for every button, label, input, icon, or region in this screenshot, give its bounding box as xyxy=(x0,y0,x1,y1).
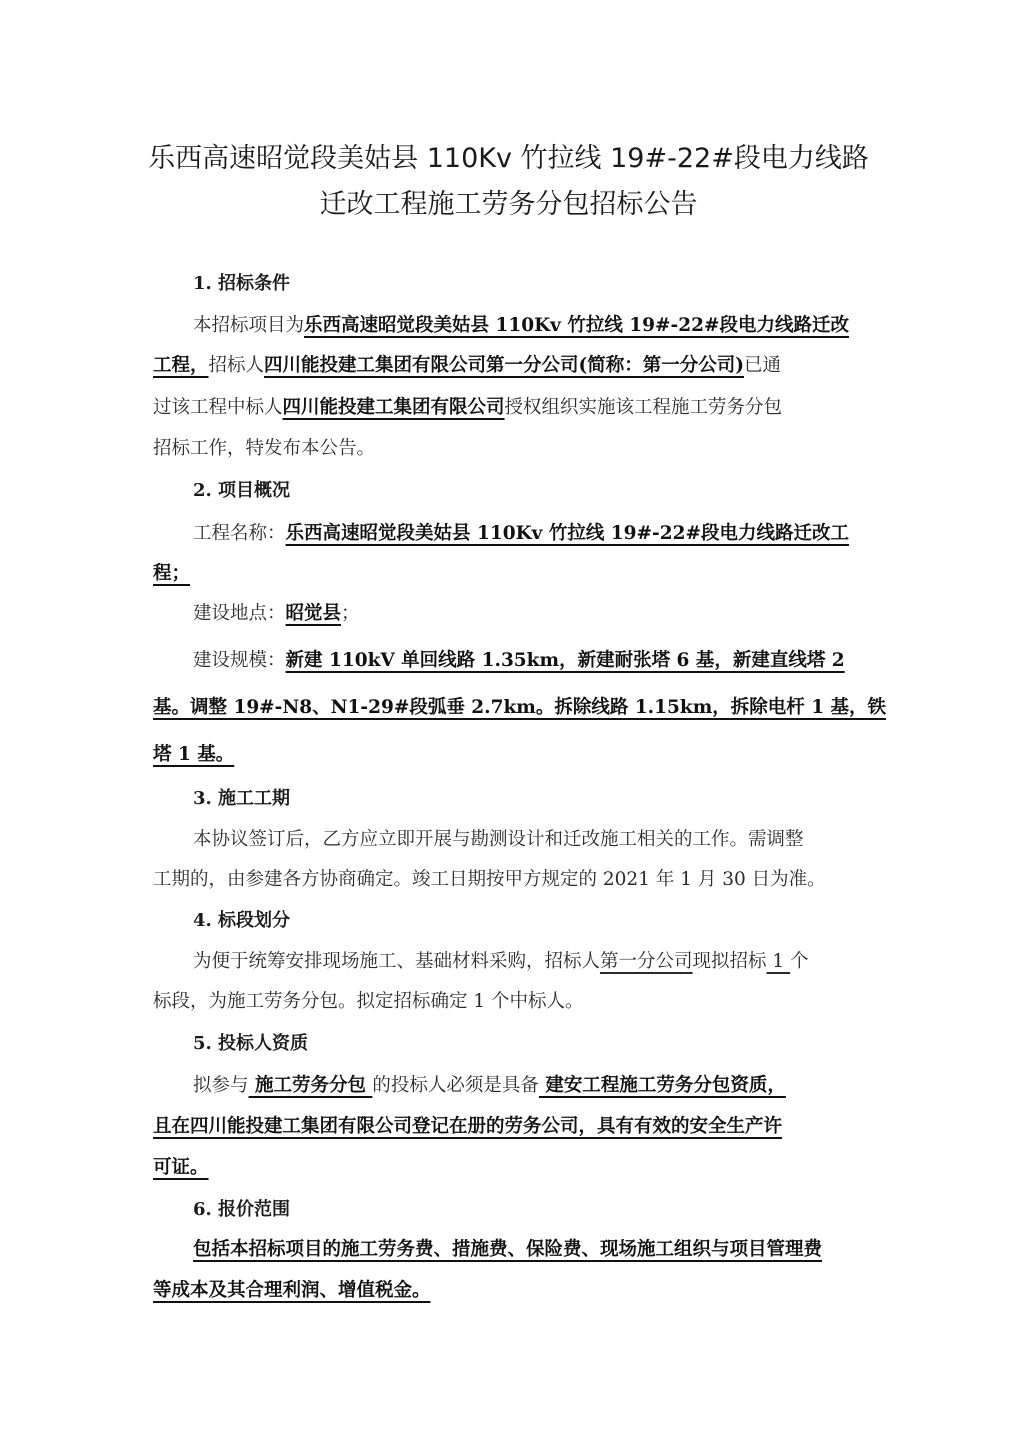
paragraph-line: 工程名称：乐西高速昭觉段美姑县 110Kv 竹拉线 19#-22#段电力线路迁改… xyxy=(193,519,849,545)
scale: 塔 1 基。 xyxy=(153,744,234,765)
winning-bidder: 四川能投建工集团有限公司 xyxy=(283,397,505,418)
paragraph-line: 本招标项目为乐西高速昭觉段美姑县 110Kv 竹拉线 19#-22#段电力线路迁… xyxy=(193,311,849,337)
paragraph-line: 本协议签订后，乙方应立即开展与勘测设计和迁改施工相关的工作。需调整 xyxy=(193,825,804,851)
tenderer-name: 四川能投建工集团有限公司第一分公司(简称：第一分公司) xyxy=(264,355,744,376)
paragraph-line: 建设规模：新建 110kV 单回线路 1.35km，新建耐张塔 6 基，新建直线… xyxy=(193,646,845,672)
section-heading-3: 3. 施工工期 xyxy=(193,784,290,810)
section-heading-2: 2. 项目概况 xyxy=(193,476,290,502)
qualification: 建安工程施工劳务分包资质， xyxy=(539,1075,786,1096)
subcontract-type: 施工劳务分包 xyxy=(249,1075,373,1096)
paragraph-line: 程； xyxy=(153,559,190,585)
text: 现拟招标 xyxy=(693,951,767,972)
title-line-2: 迁改工程施工劳务分包招标公告 xyxy=(0,182,1017,221)
project-name: 乐西高速昭觉段美姑县 110Kv 竹拉线 19#-22#段电力线路迁改 xyxy=(304,315,849,336)
paragraph-line: 拟参与 施工劳务分包 的投标人必须是具备 建安工程施工劳务分包资质， xyxy=(193,1071,786,1097)
text: 工期的，由参建各方协商确定。竣工日期按甲方规定的 2021 年 1 月 30 日… xyxy=(153,869,826,890)
paragraph-line: 为便于统筹安排现场施工、基础材料采购，招标人第一分公司现拟招标 1 个 xyxy=(193,947,809,973)
text: 授权组织实施该工程施工劳务分包 xyxy=(505,397,783,418)
text: 过该工程中标人 xyxy=(153,397,283,418)
quote-scope: 包括本招标项目的施工劳务费、措施费、保险费、现场施工组织与项目管理费 xyxy=(193,1239,822,1260)
qualification: 且在四川能投建工集团有限公司登记在册的劳务公司，具有有效的安全生产许 xyxy=(153,1116,782,1137)
paragraph-line: 且在四川能投建工集团有限公司登记在册的劳务公司，具有有效的安全生产许 xyxy=(153,1112,782,1138)
label: 建设地点： xyxy=(193,603,286,624)
text: 本协议签订后，乙方应立即开展与勘测设计和迁改施工相关的工作。需调整 xyxy=(193,829,804,850)
paragraph-line: 招标工作，特发布本公告。 xyxy=(153,434,375,460)
paragraph-line: 塔 1 基。 xyxy=(153,740,234,766)
qualification: 可证。 xyxy=(153,1157,209,1178)
scale: 新建 110kV 单回线路 1.35km，新建耐张塔 6 基，新建直线塔 2 xyxy=(286,650,845,671)
paragraph-line: 工程，招标人四川能投建工集团有限公司第一分公司(简称：第一分公司)已通 xyxy=(153,351,781,377)
text: 招标人 xyxy=(209,355,265,376)
scale: 基。调整 19#-N8、N1-29#段弧垂 2.7km。拆除线路 1.15km，… xyxy=(153,697,886,718)
paragraph-line: 建设地点：昭觉县； xyxy=(193,599,360,625)
text: 为便于统筹安排现场施工、基础材料采购，招标人 xyxy=(193,951,600,972)
text: 本招标项目为 xyxy=(193,315,304,336)
section-heading-5: 5. 投标人资质 xyxy=(193,1029,308,1055)
underlined-text: 工程， xyxy=(153,355,209,376)
label: 工程名称： xyxy=(193,523,286,544)
text: ； xyxy=(341,603,360,624)
paragraph-line: 可证。 xyxy=(153,1153,209,1179)
paragraph-line: 包括本招标项目的施工劳务费、措施费、保险费、现场施工组织与项目管理费 xyxy=(193,1235,822,1261)
lot-count: 1 xyxy=(767,951,791,972)
quote-scope: 等成本及其合理利润、增值税金。 xyxy=(153,1280,431,1301)
project-name: 乐西高速昭觉段美姑县 110Kv 竹拉线 19#-22#段电力线路迁改工 xyxy=(286,523,849,544)
text: 招标工作，特发布本公告。 xyxy=(153,438,375,459)
tenderer-short: 第一分公司 xyxy=(600,951,693,972)
paragraph-line: 等成本及其合理利润、增值税金。 xyxy=(153,1276,431,1302)
paragraph-line: 工期的，由参建各方协商确定。竣工日期按甲方规定的 2021 年 1 月 30 日… xyxy=(153,865,826,891)
text: 标段，为施工劳务分包。拟定招标确定 1 个中标人。 xyxy=(153,991,584,1012)
section-heading-1: 1. 招标条件 xyxy=(193,269,290,295)
section-heading-6: 6. 报价范围 xyxy=(193,1195,290,1221)
section-heading-4: 4. 标段划分 xyxy=(193,906,290,932)
paragraph-line: 基。调整 19#-N8、N1-29#段弧垂 2.7km。拆除线路 1.15km，… xyxy=(153,693,886,719)
title-line-1: 乐西高速昭觉段美姑县 110Kv 竹拉线 19#-22#段电力线路 xyxy=(0,136,1017,175)
paragraph-line: 过该工程中标人四川能投建工集团有限公司授权组织实施该工程施工劳务分包 xyxy=(153,393,782,419)
text: 的投标人必须是具备 xyxy=(372,1075,539,1096)
location: 昭觉县 xyxy=(286,603,342,624)
label: 建设规模： xyxy=(193,650,286,671)
text: 拟参与 xyxy=(193,1075,249,1096)
underlined-text: 程； xyxy=(153,563,190,584)
text: 个 xyxy=(790,951,809,972)
text: 已通 xyxy=(744,355,781,376)
paragraph-line: 标段，为施工劳务分包。拟定招标确定 1 个中标人。 xyxy=(153,987,584,1013)
